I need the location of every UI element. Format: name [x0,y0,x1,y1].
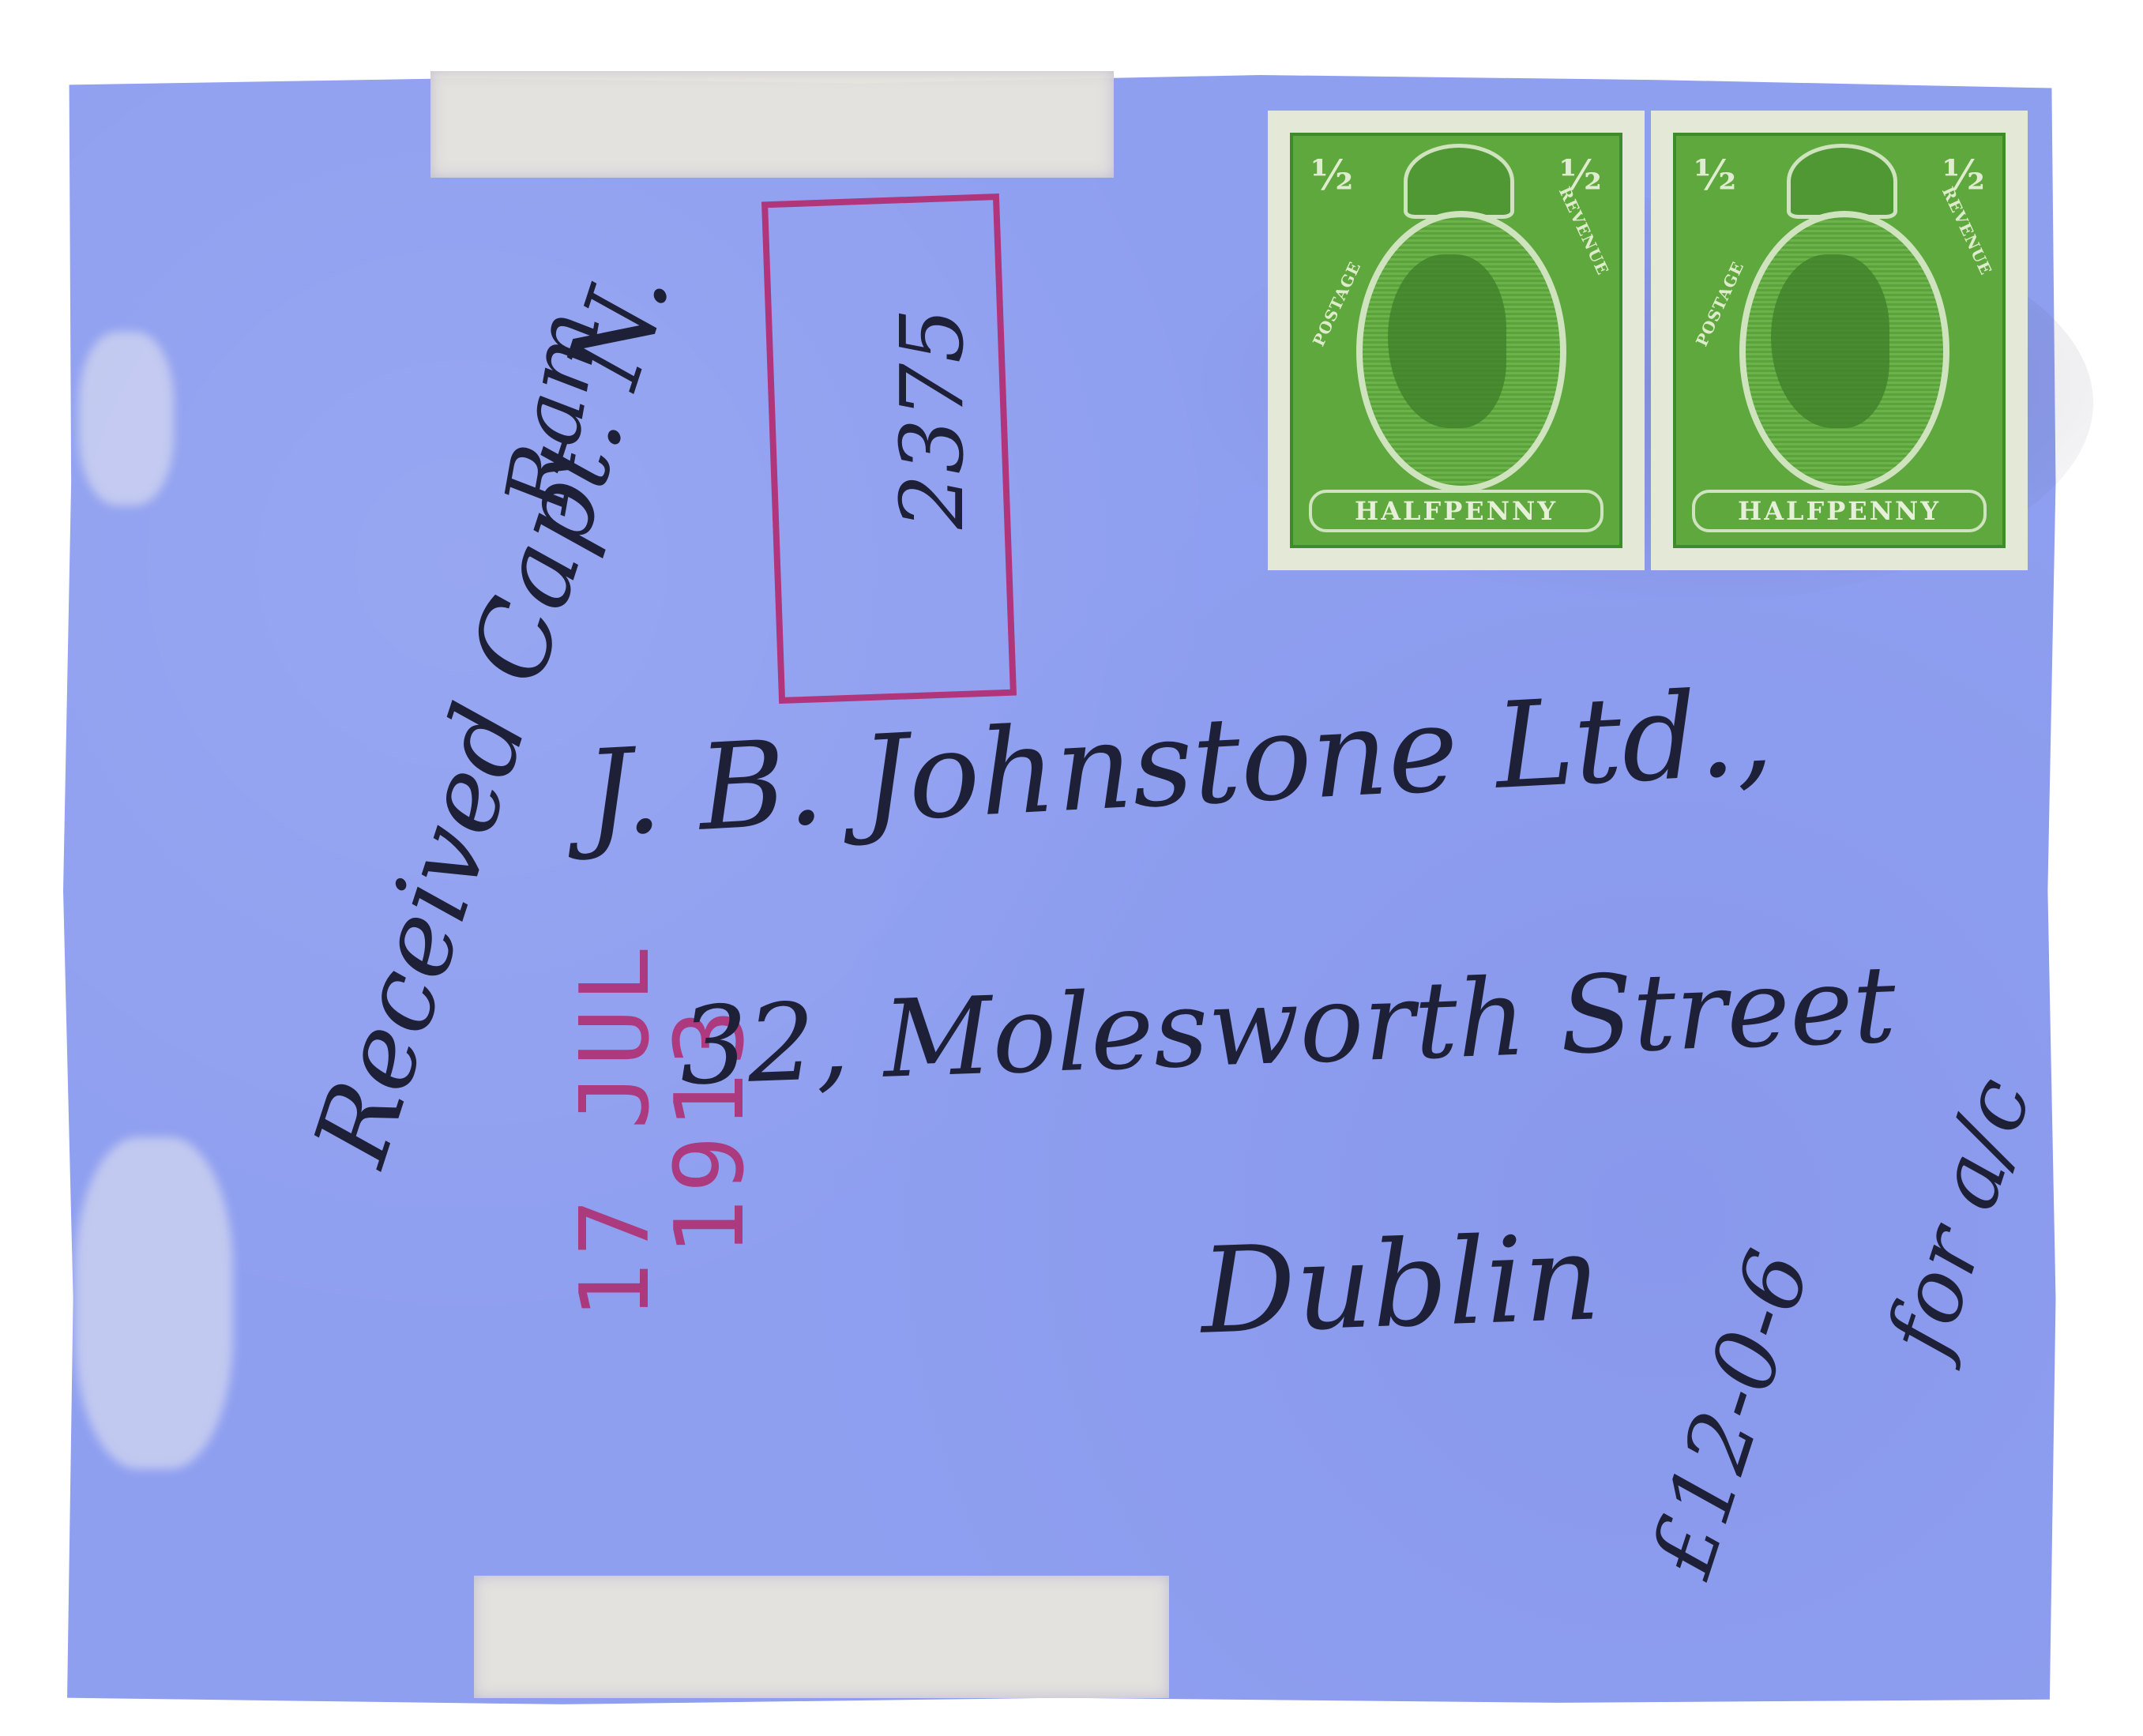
stamp-value-left: ½ [1310,152,1353,200]
registration-number: 2375 [885,276,979,561]
address-line-3: Dublin [1198,1209,1602,1361]
crown-icon [1787,144,1897,219]
tape-strip-top [430,71,1114,178]
worn-patch [79,332,174,505]
date-stamp: 17 JUL 1913 [569,814,664,1445]
stamp-denomination: HALFPENNY [1692,490,1987,532]
postage-stamp: ½ ½ POSTAGE REVENUE HALFPENNY [1651,111,2028,570]
postage-stamp: ½ ½ POSTAGE REVENUE HALFPENNY [1268,111,1645,570]
stamp-denomination: HALFPENNY [1309,490,1603,532]
worn-patch [75,1137,233,1469]
stamp-value-left: ½ [1694,152,1736,200]
crown-icon [1404,144,1514,219]
stamp-design: ½ ½ POSTAGE REVENUE HALFPENNY [1673,133,2006,548]
stamp-design: ½ ½ POSTAGE REVENUE HALFPENNY [1290,133,1622,548]
tape-strip-bottom [474,1576,1169,1698]
